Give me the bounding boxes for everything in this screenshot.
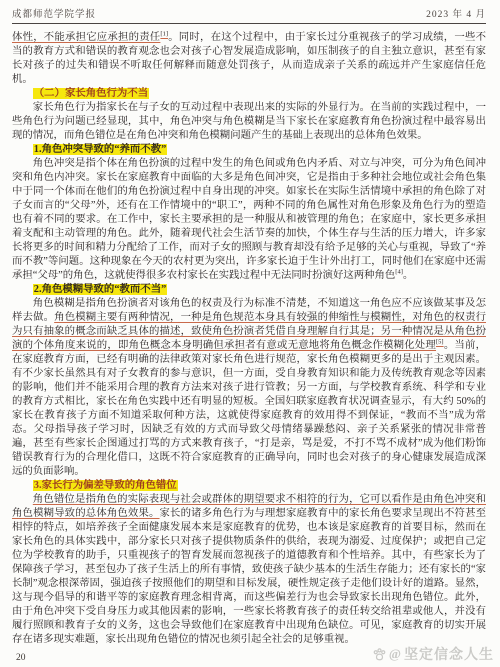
paragraph-text: 角色冲突是指个体在角色扮演的过程中发生的角色间或角色内矛盾、对立与冲突，可分为角… <box>12 158 486 281</box>
paragraph-text: 体性，不能承担它应承担的责任 <box>12 32 160 43</box>
paragraph-text: 家长的诸多角色行为与理想家庭教育中的家长角色要求呈现出不符甚至相悖的特点，如培养… <box>12 508 486 645</box>
paragraph-text: 角色模糊主要有两种情况，一种是角色规范本身具有较强的伸缩性与模糊性，对角色的权责… <box>12 312 486 351</box>
paragraph-text: 家长角色行为指家长在与子女的互动过程中表现出来的实际的外显行为。在当前的实践过程… <box>12 102 486 141</box>
body-paragraph: 角色模糊是指角色扮演者对该角色的权责及行为标准不清楚，不知道这一角色应不应该做某… <box>12 297 486 479</box>
footnote-marker: [1] <box>160 31 168 38</box>
section-heading-text: 2.角色模糊导致的“教而不当” <box>33 284 167 295</box>
section-heading: 2.角色模糊导致的“教而不当” <box>12 283 486 297</box>
watermark: @ 坚定信念人生 <box>372 644 494 664</box>
page-header: 成都师范学院学报 2023 年 4 月 <box>12 6 486 24</box>
body-paragraph: 角色冲突是指个体在角色扮演的过程中发生的角色间或角色内矛盾、对立与冲突，可分为角… <box>12 157 486 283</box>
section-heading: 1.角色冲突导致的“养而不教” <box>12 143 486 157</box>
section-heading: 3.家长行为偏差导致的角色错位 <box>12 479 486 493</box>
paragraph-text: 。 <box>403 270 413 281</box>
section-heading-text: 3.家长行为偏差导致的角色错位 <box>33 480 178 491</box>
footnote-marker: [5] <box>436 339 444 346</box>
document-page: 成都师范学院学报 2023 年 4 月 体性，不能承担它应承担的责任[1]。同时… <box>0 0 500 667</box>
issue-date: 2023 年 4 月 <box>426 6 486 20</box>
section-heading-text: 1.角色冲突导致的“养而不教” <box>33 144 167 155</box>
page-number: 20 <box>16 653 26 663</box>
body-paragraph: 家长角色行为指家长在与子女的互动过程中表现出来的实际的外显行为。在当前的实践过程… <box>12 101 486 143</box>
section-heading-text: （二）家长角色行为不当 <box>33 88 149 99</box>
body-paragraph: 体性，不能承担它应承担的责任[1]。同时，在这个过程中，由于家长过分重视孩子的学… <box>12 31 486 87</box>
footnote-marker: [4] <box>395 269 403 276</box>
paragraph-text: 。当前，在家庭教育方面，已经有明确的法律政策对家长角色进行规范，家长角色模糊更多… <box>12 340 486 477</box>
section-heading: （二）家长角色行为不当 <box>12 87 486 101</box>
body-paragraph: 角色错位是指角色的实际表现与社会或群体的期望要求不相符的行为，它可以看作是由角色… <box>12 493 486 647</box>
article-body: 体性，不能承担它应承担的责任[1]。同时，在这个过程中，由于家长过分重视孩子的学… <box>12 31 486 647</box>
at-icon: @ <box>389 646 402 662</box>
journal-title: 成都师范学院学报 <box>12 6 96 20</box>
watermark-text: 坚定信念人生 <box>404 644 494 664</box>
paw-icon <box>372 647 387 662</box>
